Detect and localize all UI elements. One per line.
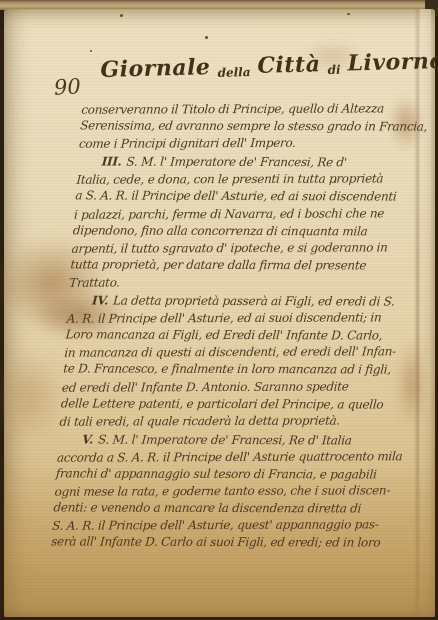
manuscript-page: 90 Giornale della Città di Livorno conse…	[4, 9, 435, 617]
speck	[205, 36, 208, 39]
line-text: Trattato.	[69, 275, 121, 289]
manuscript-line: Serenissima, ed avranno sempre lo stesso…	[80, 117, 426, 135]
line-text: in mancanza di questi ai discendenti, ed…	[64, 345, 396, 360]
section-numeral: III.	[101, 155, 122, 169]
manuscript-line: S. A. R. il Principe dell' Asturie, ques…	[52, 516, 398, 535]
line-text: di tali eredi, al quale ricaderà la dett…	[59, 413, 340, 428]
line-text: arpenti, il tutto sgravato d' ipoteche, …	[71, 240, 388, 255]
speck	[347, 13, 350, 15]
manuscript-line: Italia, cede, e dona, con le presenti in…	[76, 171, 422, 190]
manuscript-photo: 90 Giornale della Città di Livorno conse…	[0, 0, 438, 620]
speck	[90, 50, 92, 52]
title-word: Città	[257, 51, 321, 79]
line-text: S. A. R. il Principe dell' Asturie, ques…	[52, 518, 379, 533]
manuscript-line: denti: e venendo a mancare la discendenz…	[53, 500, 399, 518]
page-number: 90	[53, 74, 81, 99]
line-text: S. M. l' Imperatore de' Francesi, Re d' …	[98, 432, 353, 447]
line-text: accorda a S. A. R. il Principe dell' Ast…	[57, 449, 403, 465]
manuscript-line: serà all' Infante D. Carlo ai suoi Figli…	[51, 534, 397, 552]
line-text: ed eredi dell' Infante D. Antonio. Saran…	[62, 379, 350, 394]
line-text: La detta proprietà passerà ai Figli, ed …	[113, 294, 396, 309]
line-text: A. R. il Principe dell' Asturie, ed ai s…	[66, 311, 382, 326]
manuscript-line: i palazzi, parchi, ferme di Navarra, ed …	[73, 205, 419, 224]
manuscript-line: ed eredi dell' Infante D. Antonio. Saran…	[61, 378, 407, 397]
manuscript-line: IV.La detta proprietà passerà ai Figli, …	[67, 292, 413, 310]
manuscript-line: Trattato.	[69, 273, 415, 292]
manuscript-text-block: conserveranno il Titolo di Principe, que…	[51, 101, 427, 551]
line-text: Loro mancanza ai Figli, ed Eredi dell' I…	[65, 328, 383, 343]
title-word: della	[217, 65, 250, 80]
manuscript-line: te D. Francesco, e finalmente in loro ma…	[63, 361, 409, 379]
manuscript-line: V.S. M. l' Imperatore de' Francesi, Re d…	[58, 431, 404, 449]
line-text: te D. Francesco, e finalmente in loro ma…	[63, 362, 392, 377]
speck	[120, 14, 123, 17]
manuscript-line: franchi d' appannaggio sul tesoro di Fra…	[55, 465, 401, 483]
section-numeral: V.	[82, 432, 94, 446]
line-text: Italia, cede, e dona, con le presenti in…	[76, 172, 384, 187]
page-title: Giornale della Città di Livorno	[100, 46, 438, 88]
manuscript-line: A. R. il Principe dell' Asturie, ed ai s…	[66, 309, 412, 328]
line-text: a S. A. R. il Principe dell' Asturie, ed…	[75, 189, 397, 204]
title-word: Giornale	[100, 54, 211, 83]
manuscript-line: di tali eredi, al quale ricaderà la dett…	[59, 412, 405, 431]
line-text: S. M. l' Imperatore de' Francesi, Re d'	[126, 155, 347, 170]
manuscript-line: dipendono, fino alla concorrenza di cinq…	[72, 222, 418, 240]
manuscript-line: conserveranno il Titolo di Principe, que…	[81, 100, 427, 119]
title-word: Livorno	[347, 48, 438, 77]
manuscript-line: III.S. M. l' Imperatore de' Francesi, Re…	[77, 154, 423, 172]
line-text: serà all' Infante D. Carlo ai suoi Figli…	[51, 535, 381, 550]
manuscript-line: delle Lettere patenti, e particolari del…	[60, 395, 406, 413]
line-text: denti: e venendo a mancare la discendenz…	[53, 501, 362, 516]
line-text: tutta proprietà, per datare dalla firma …	[70, 257, 367, 272]
title-word: di	[327, 63, 340, 77]
manuscript-line: come i Principi dignitari dell' Impero.	[78, 134, 424, 153]
manuscript-line: accorda a S. A. R. il Principe dell' Ast…	[56, 448, 402, 467]
manuscript-line: a S. A. R. il Principe dell' Asturie, ed…	[75, 188, 421, 206]
line-text: come i Principi dignitari dell' Impero.	[79, 136, 297, 151]
line-text: dipendono, fino alla concorrenza di cinq…	[72, 223, 367, 238]
manuscript-line: tutta proprietà, per datare dalla firma …	[70, 256, 416, 274]
line-text: Serenissima, ed avranno sempre lo stesso…	[80, 118, 428, 133]
manuscript-line: arpenti, il tutto sgravato d' ipoteche, …	[71, 239, 417, 258]
line-text: delle Lettere patenti, e particolari del…	[60, 396, 384, 411]
section-numeral: IV.	[92, 294, 109, 308]
line-text: i palazzi, parchi, ferme di Navarra, ed …	[74, 206, 385, 221]
manuscript-line: Loro mancanza ai Figli, ed Eredi dell' I…	[65, 327, 411, 345]
manuscript-line: in mancanza di questi ai discendenti, ed…	[64, 344, 410, 363]
line-text: ogni mese la rata, e goderne tanto esso,…	[54, 483, 390, 498]
line-text: franchi d' appannaggio sul tesoro di Fra…	[55, 466, 377, 481]
manuscript-line: ogni mese la rata, e goderne tanto esso,…	[54, 482, 400, 501]
line-text: conserveranno il Titolo di Principe, que…	[81, 101, 384, 116]
